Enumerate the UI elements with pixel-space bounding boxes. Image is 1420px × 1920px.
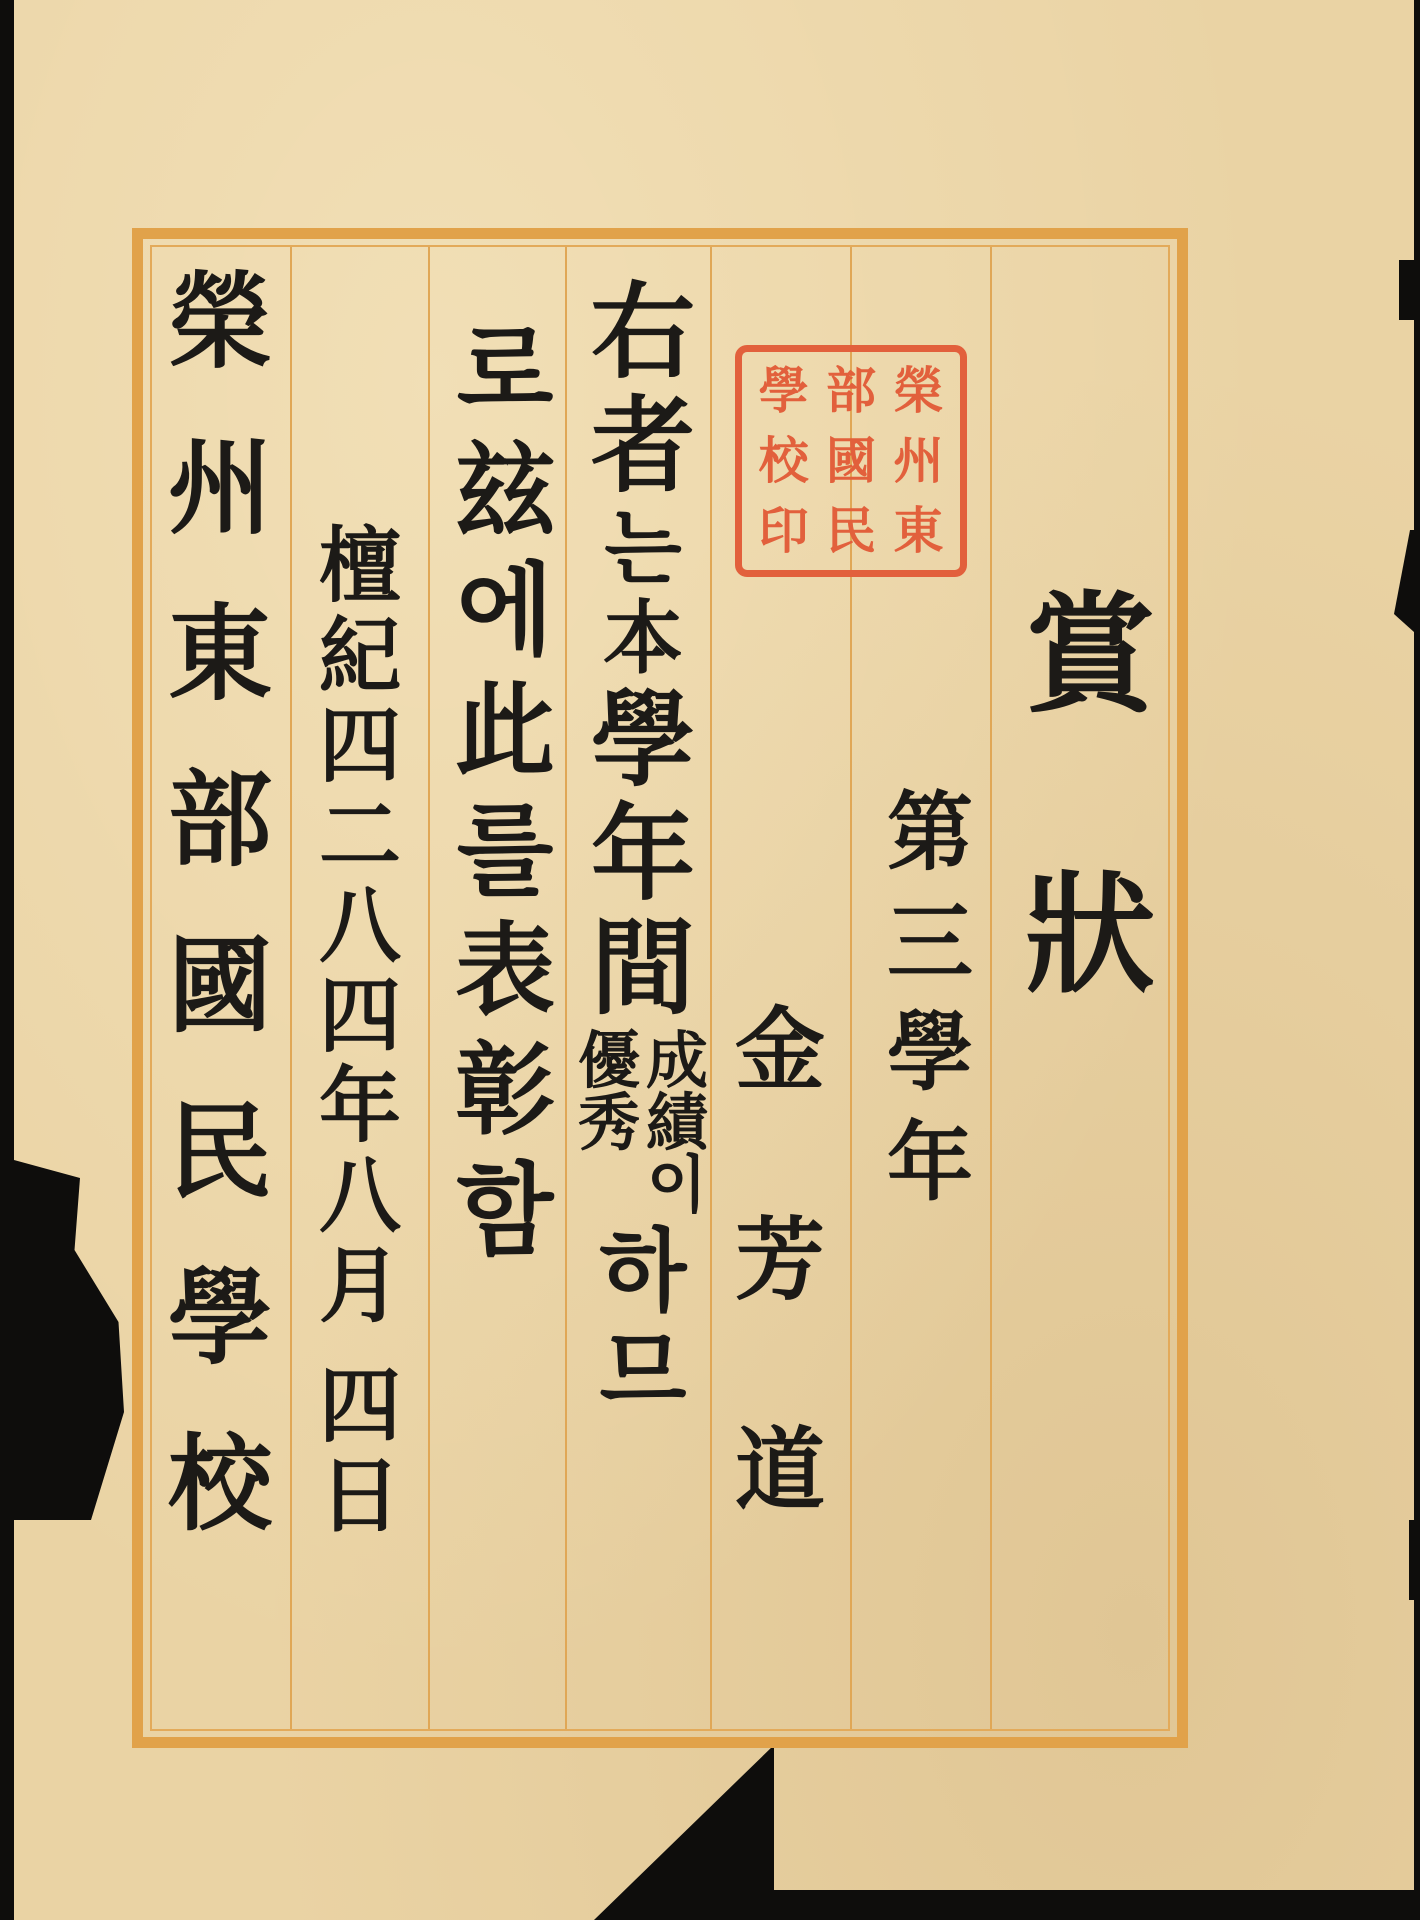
- date-char: 紀: [319, 615, 401, 697]
- seal-char: 學: [759, 366, 809, 416]
- torn-edge-right-bottom: [1409, 1520, 1420, 1600]
- issuer-char: 東: [168, 602, 272, 706]
- body-char: 右: [591, 280, 695, 384]
- split-right: 成 績 이: [646, 1030, 708, 1216]
- body-char: 表: [455, 920, 555, 1020]
- column-rule: [428, 247, 430, 1729]
- body-char: 成: [646, 1030, 708, 1092]
- issuer-char: 榮: [168, 270, 272, 374]
- seal-column-3: 學 校 印: [759, 366, 809, 556]
- body-char: 績: [646, 1092, 708, 1154]
- torn-edge-right-top: [1399, 260, 1420, 320]
- issuer-char: 民: [168, 1100, 272, 1204]
- date-char: 八: [319, 885, 401, 967]
- issuer-char: 國: [168, 934, 272, 1038]
- date-char: 月: [319, 1245, 401, 1327]
- issue-date: 檀 紀 四 二 八 四 年 八 月 四 日: [300, 525, 420, 1537]
- seal-char: 東: [893, 506, 943, 556]
- body-char: 함: [457, 1160, 554, 1260]
- column-rule: [710, 247, 712, 1729]
- body-char: 이: [647, 1154, 707, 1216]
- body-text-line-2: 로 玆 에 此 를 表 彰 함: [440, 320, 570, 1260]
- date-char: 日: [319, 1455, 401, 1537]
- date-char: 年: [319, 1065, 401, 1147]
- name-char: 芳: [735, 1215, 825, 1305]
- body-char: 彰: [455, 1040, 555, 1140]
- seal-char: 部: [826, 366, 876, 416]
- issuer-char: 校: [168, 1432, 272, 1536]
- body-char: 間: [591, 916, 695, 1020]
- torn-edge-left: [14, 1160, 124, 1520]
- name-char: 道: [735, 1425, 825, 1515]
- seal-column-1: 榮 州 東: [893, 366, 943, 556]
- seal-char: 國: [826, 436, 876, 486]
- grade-label: 第 三 學 年: [880, 790, 980, 1206]
- body-char: 學: [591, 688, 695, 792]
- date-char: 二: [319, 795, 401, 877]
- date-char: 八: [319, 1155, 401, 1237]
- body-split-annotation: 成 績 이 優 秀: [578, 1030, 708, 1216]
- grade-char: 年: [887, 1120, 973, 1206]
- body-text-line-1: 右 者 는 本 學 年 間 成 績 이 優 秀 하 므: [578, 280, 708, 1416]
- body-char: 優: [578, 1030, 640, 1092]
- recipient-name: 金 芳 道: [725, 1005, 835, 1515]
- grade-char: 學: [887, 1010, 973, 1096]
- body-char: 年: [591, 802, 695, 906]
- body-char: 本: [603, 598, 683, 678]
- issuer-char: 學: [168, 1266, 272, 1370]
- torn-edge-bottom: [594, 1745, 774, 1920]
- title-char: 賞: [1025, 590, 1155, 720]
- seal-char: 民: [826, 506, 876, 556]
- seal-char: 榮: [893, 366, 943, 416]
- grade-char: 第: [887, 790, 973, 876]
- body-char: 者: [591, 394, 695, 498]
- seal-char: 州: [893, 436, 943, 486]
- split-left: 優 秀: [578, 1030, 640, 1216]
- seal-char: 校: [759, 436, 809, 486]
- issuing-school: 榮 州 東 部 國 民 學 校: [145, 270, 295, 1536]
- body-char: 에: [457, 560, 554, 660]
- seal-char: 印: [759, 506, 809, 556]
- issuer-char: 州: [168, 436, 272, 540]
- body-char: 此: [455, 680, 555, 780]
- date-char: 四: [319, 1365, 401, 1447]
- name-char: 金: [735, 1005, 825, 1095]
- body-char: 는: [604, 508, 681, 588]
- certificate-title: 賞 狀: [1010, 590, 1170, 1000]
- date-char: 四: [319, 975, 401, 1057]
- column-rule: [990, 247, 992, 1729]
- body-char: 玆: [455, 440, 555, 540]
- body-char: 로: [457, 320, 554, 420]
- date-char: 檀: [319, 525, 401, 607]
- date-char: 四: [319, 705, 401, 787]
- grade-char: 三: [887, 900, 973, 986]
- torn-edge-bottom-strip: [774, 1890, 1420, 1920]
- seal-column-2: 部 國 民: [826, 366, 876, 556]
- torn-edge-right-middle: [1394, 530, 1420, 650]
- body-char: 秀: [578, 1092, 640, 1154]
- body-char: 하: [600, 1226, 687, 1316]
- issuer-char: 部: [168, 768, 272, 872]
- school-seal: 榮 州 東 部 國 民 學 校 印: [735, 345, 967, 577]
- body-char: 를: [457, 800, 554, 900]
- body-char: 므: [600, 1326, 687, 1416]
- title-char: 狀: [1025, 870, 1155, 1000]
